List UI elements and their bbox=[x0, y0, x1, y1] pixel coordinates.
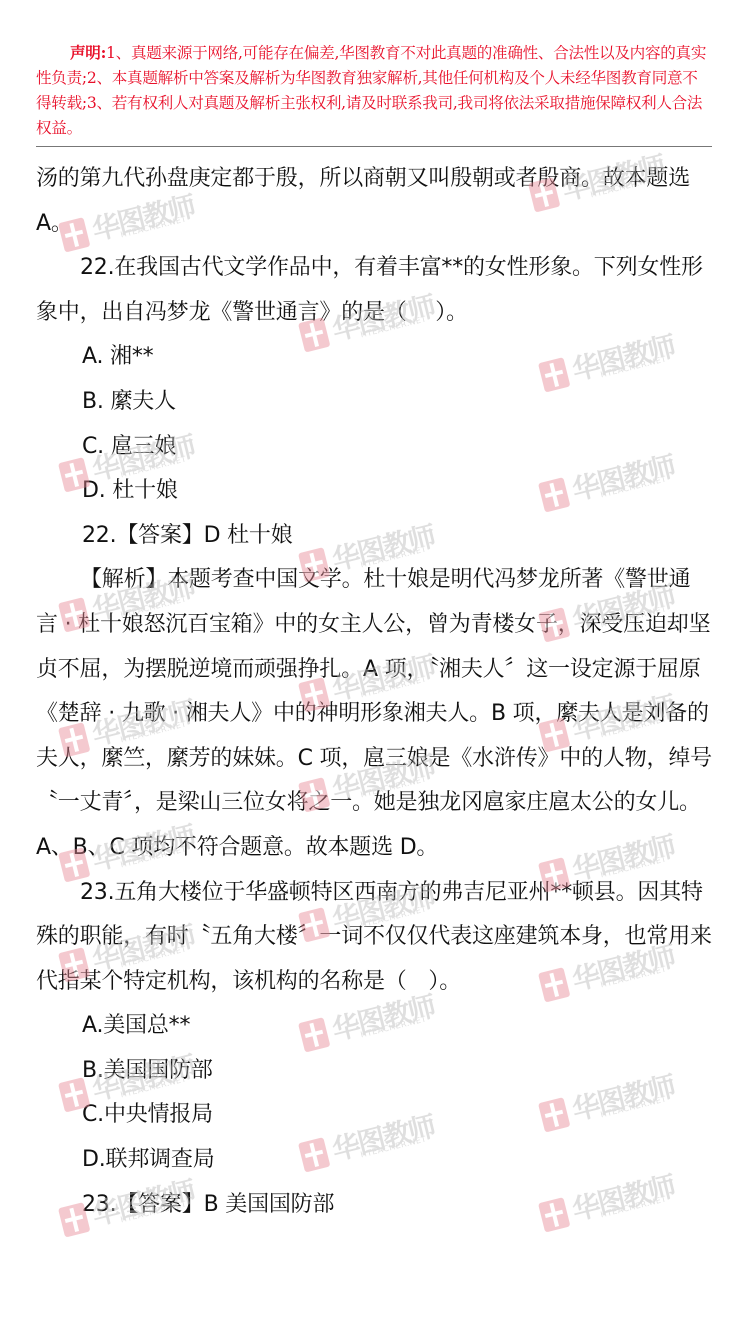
question-22-stem: 22.在我国古代文学作品中，有着丰富**的女性形象。下列女性形象中，出自冯梦龙《… bbox=[36, 246, 712, 335]
question-23-option-d: D.联邦调查局 bbox=[36, 1138, 712, 1183]
header-divider bbox=[36, 146, 712, 147]
question-22-answer: 22.【答案】D 杜十娘 bbox=[36, 514, 712, 559]
question-23-option-a: A.美国总** bbox=[36, 1004, 712, 1049]
disclaimer-lead: 声明: bbox=[70, 43, 106, 62]
question-22-option-a: A. 湘** bbox=[36, 335, 712, 380]
question-22-option-b: B. 縻夫人 bbox=[36, 380, 712, 425]
document-body: 汤的第九代孙盘庚定都于殷，所以商朝又叫殷朝或者殷商。故本题选 A。 22.在我国… bbox=[36, 157, 712, 1227]
question-23-stem: 23.五角大楼位于华盛顿特区西南方的弗吉尼亚州**顿县。因其特殊的职能，有时〝五… bbox=[36, 871, 712, 1005]
question-22-option-d: D. 杜十娘 bbox=[36, 469, 712, 514]
question-23-option-b: B.美国国防部 bbox=[36, 1049, 712, 1094]
question-22-analysis: 【解析】本题考查中国文学。杜十娘是明代冯梦龙所著《警世通言 · 杜十娘怒沉百宝箱… bbox=[36, 558, 712, 870]
question-22-option-c: C. 扈三娘 bbox=[36, 425, 712, 470]
disclaimer-text: 1、真题来源于网络,可能存在偏差,华图教育不对此真题的准确性、合法性以及内容的真… bbox=[36, 44, 706, 137]
question-23-answer: 23.【答案】B 美国国防部 bbox=[36, 1183, 712, 1228]
previous-answer-tail: 汤的第九代孙盘庚定都于殷，所以商朝又叫殷朝或者殷商。故本题选 A。 bbox=[36, 157, 712, 246]
question-23-option-c: C.中央情报局 bbox=[36, 1093, 712, 1138]
disclaimer: 声明:1、真题来源于网络,可能存在偏差,华图教育不对此真题的准确性、合法性以及内… bbox=[36, 40, 712, 141]
